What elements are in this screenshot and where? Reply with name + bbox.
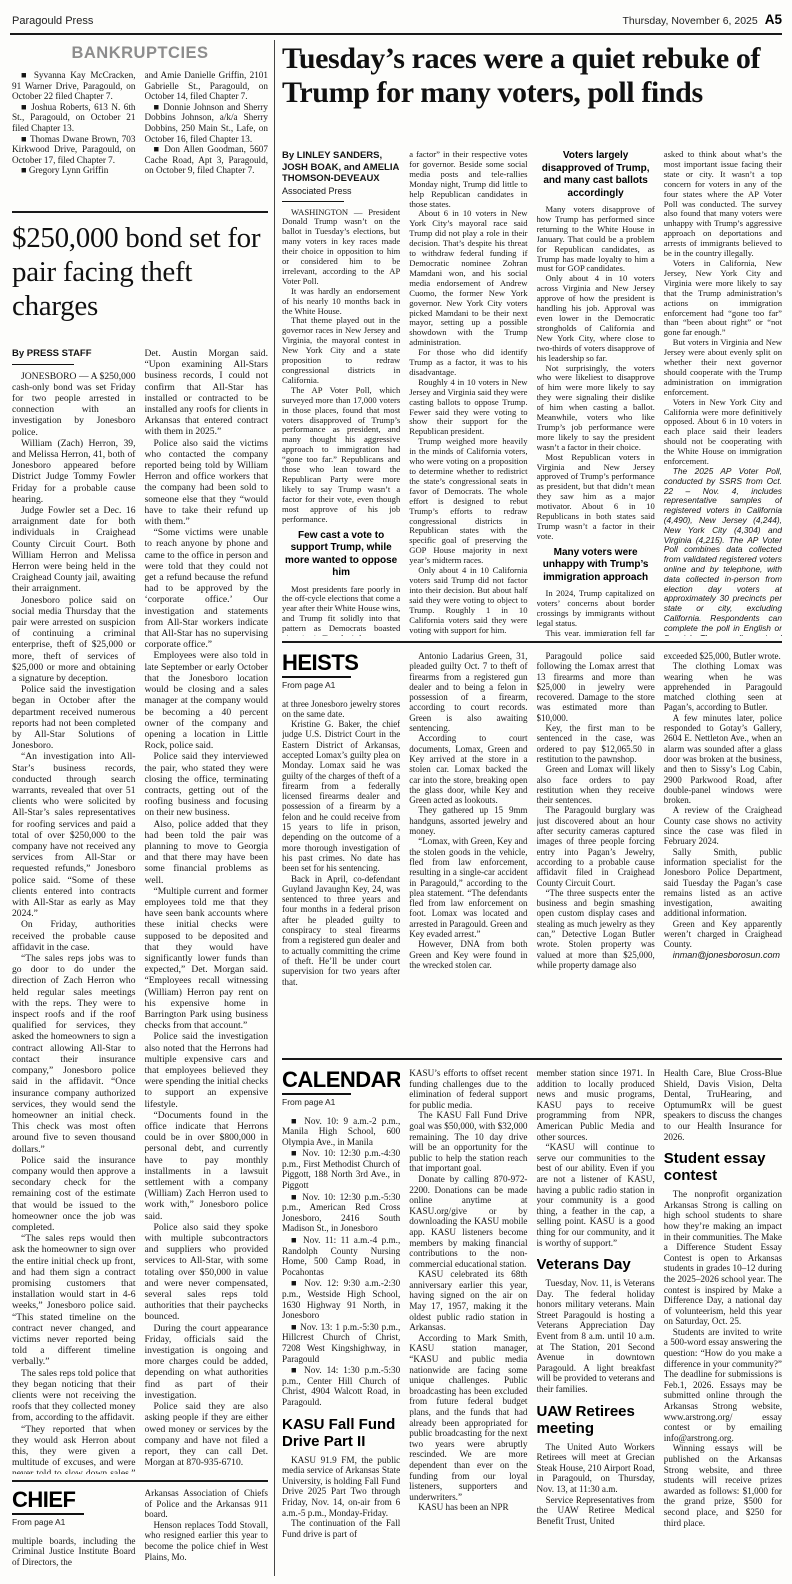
- kasu-col3-paragraphs: member station since 1971. In addition t…: [537, 1068, 655, 1248]
- paragraph: Police said they are also asking people …: [145, 1401, 269, 1468]
- paragraph: Only about 4 in 10 voters across Virgini…: [537, 274, 655, 363]
- bankruptcies-col2: and Amie Danielle Griffin, 2101 Gabriell…: [145, 70, 269, 210]
- calendar-item: ■ Nov. 10: 12:30 p.m.-4:30 p.m., First M…: [282, 1148, 400, 1190]
- paragraph: Voters in California, New Jersey, New Yo…: [664, 259, 782, 338]
- paragraph: However, DNA from both Green and Key wer…: [409, 939, 527, 970]
- calendar-item: ■ Nov. 12: 9:30 a.m.-2:30 p.m., Westside…: [282, 1278, 400, 1320]
- chief-from-page: From page A1: [12, 1517, 136, 1527]
- paragraph: “They reported that when they would ask …: [12, 1424, 136, 1474]
- paragraph: Police said the investigation began in O…: [12, 684, 136, 751]
- paragraph: A review of the Craighead County case sh…: [664, 805, 782, 846]
- main-col1b-paragraphs: Most presidents fare poorly in the off-c…: [282, 585, 400, 637]
- paragraph: Voters in New York City and California w…: [664, 398, 782, 467]
- bankruptcies-columns: ■ Syvanna Kay McCracken, 91 Warner Drive…: [12, 70, 268, 210]
- paragraph: “An investigation into All-Star’s busine…: [12, 751, 136, 919]
- heists-col2: Antonio Ladarius Green, 31, pleaded guil…: [409, 651, 527, 1055]
- paragraph: Donate by calling 870-972-2200. Donation…: [409, 1174, 527, 1269]
- main-col1: By LINLEY SANDERS, JOSH BOAK, and AMELIA…: [282, 150, 400, 636]
- paragraph: Antonio Ladarius Green, 31, pleaded guil…: [409, 651, 527, 733]
- main-col2: a factor” in their respective votes for …: [409, 150, 527, 636]
- heists-from-page: From page A1: [282, 680, 400, 690]
- bankruptcy-list-2: and Amie Danielle Griffin, 2101 Gabriell…: [145, 70, 269, 176]
- bankruptcy-item: ■ Thomas Dwane Brown, 703 Kirkwood Drive…: [12, 134, 136, 166]
- student-essay-paragraphs: The nonprofit organization Arkansas Stro…: [664, 1189, 782, 1528]
- author-email: inman@jonesborosun.com: [664, 950, 782, 960]
- main-col4: asked to think about what’s the most imp…: [664, 150, 782, 636]
- heists-col3-paragraphs: Paragould police said following the Loma…: [537, 651, 655, 970]
- bond-col2-paragraphs: Det. Austin Morgan said. “Upon examining…: [145, 348, 269, 1468]
- bankruptcies-title: BANKRUPTCIES: [12, 44, 268, 63]
- paragraph: The Paragould burglary was just discover…: [537, 805, 655, 887]
- poll-methodology: The 2025 AP Voter Poll, conducted by SSR…: [664, 467, 782, 636]
- paragraph: According to Mark Smith, KASU station ma…: [409, 1333, 527, 1503]
- paragraph: Winning essays will be published on the …: [664, 1443, 782, 1528]
- paragraph: Most Republican voters in Virginia and N…: [537, 453, 655, 542]
- paragraph: About 6 in 10 voters in New York City’s …: [409, 209, 527, 348]
- paragraph: Roughly 4 in 10 voters in New Jersey and…: [409, 378, 527, 437]
- calendar-items: ■ Nov. 10: 9 a.m.-2 p.m., Manila High Sc…: [282, 1116, 400, 1408]
- date-line: Thursday, November 6, 2025: [623, 15, 758, 27]
- paragraph: The United Auto Workers Retirees will me…: [537, 1442, 655, 1495]
- paragraph: Not surprisingly, the voters who were li…: [537, 364, 655, 453]
- main-col4-paragraphs: asked to think about what’s the most imp…: [664, 150, 782, 467]
- bankruptcy-item: ■ Don Allen Goodman, 5607 Cache Road, Ap…: [145, 144, 269, 176]
- calendar-item: ■ Nov. 14: 1:30 p.m.-5:30 p.m., Center H…: [282, 1365, 400, 1407]
- paragraph: Police said the investigation also noted…: [145, 1031, 269, 1109]
- heists-col4-paragraphs: exceeded $25,000, Butler wrote.The cloth…: [664, 651, 782, 950]
- paragraph: Health Care, Blue Cross-Blue Shield, Dav…: [664, 1068, 782, 1142]
- heists-col4: exceeded $25,000, Butler wrote.The cloth…: [664, 651, 782, 1055]
- paragraph: Service Representatives from the UAW Ret…: [537, 1495, 655, 1527]
- heists-col1: HEISTS From page A1 at three Jonesboro j…: [282, 651, 400, 1055]
- calendar-item: ■ Nov. 13: 1 p.m.-5:30 p.m., Hillcrest C…: [282, 1322, 400, 1364]
- paragraph: The nonprofit organization Arkansas Stro…: [664, 1189, 782, 1327]
- masthead: Paragould Press Thursday, November 6, 20…: [12, 12, 782, 27]
- chief-col1: CHIEF From page A1 multiple boards, incl…: [12, 1488, 136, 1578]
- paragraph: Kristine G. Baker, the chief judge U.S. …: [282, 719, 400, 873]
- paragraph: Key, the first man to be sentenced in th…: [537, 723, 655, 764]
- paragraph: Also, police added that they had been to…: [145, 819, 269, 886]
- calendar-section: CALENDAR From page A1 ■ Nov. 10: 9 a.m.-…: [282, 1068, 782, 1578]
- paragraph: KASU celebrated its 68th anniversary ear…: [409, 1269, 527, 1333]
- chief-col1-paragraphs: multiple boards, including the Criminal …: [12, 1536, 136, 1568]
- bankruptcies-col1: ■ Syvanna Kay McCracken, 91 Warner Drive…: [12, 70, 136, 210]
- paragraph: Police said they interviewed the pair, w…: [145, 751, 269, 818]
- masthead-divider: [10, 33, 782, 35]
- paragraph: According to court documents, Lomax, Gre…: [409, 733, 527, 805]
- paragraph: A few minutes later, police responded to…: [664, 713, 782, 806]
- paragraph: On Friday, authorities received the prob…: [12, 919, 136, 953]
- paragraph: William (Zach) Herron, 39, and Melissa H…: [12, 438, 136, 505]
- byline-rule: [282, 201, 344, 202]
- paragraph: “Some victims were unable to reach anyon…: [145, 527, 269, 650]
- bankruptcy-item: and Amie Danielle Griffin, 2101 Gabriell…: [145, 70, 269, 102]
- paragraph: KASU has been an NPR: [409, 1502, 527, 1513]
- paragraph: Back in April, co-defendant Guyland Java…: [282, 874, 400, 987]
- paragraph: KASU 91.9 FM, the public media service o…: [282, 1455, 400, 1519]
- section-divider: [282, 641, 782, 643]
- bond-headline-block: $250,000 bond set for pair facing theft …: [12, 221, 270, 323]
- bankruptcy-item: ■ Gregory Lynn Griffin: [12, 165, 136, 176]
- main-headline-block: Tuesday’s races were a quiet rebuke of T…: [282, 42, 784, 110]
- calendar-item: ■ Nov. 11: 11 a.m.-4 p.m., Randolph Coun…: [282, 1235, 400, 1277]
- calendar-from-page: From page A1: [282, 1097, 400, 1107]
- uaw-paragraphs: The United Auto Workers Retirees will me…: [537, 1442, 655, 1527]
- calendar-col1: CALENDAR From page A1 ■ Nov. 10: 9 a.m.-…: [282, 1068, 400, 1578]
- main-col3a-paragraphs: Many voters disapprove of how Trump has …: [537, 205, 655, 542]
- column-divider: [274, 40, 275, 1576]
- calendar-col3: member station since 1971. In addition t…: [537, 1068, 655, 1578]
- bond-col2: Det. Austin Morgan said. “Upon examining…: [145, 348, 269, 1474]
- paragraph: Paragould police said following the Loma…: [537, 651, 655, 723]
- calendar-title: CALENDAR: [282, 1068, 400, 1091]
- kasu-heading: KASU Fall Fund Drive Part II: [282, 1416, 400, 1450]
- bankruptcy-list-1: ■ Syvanna Kay McCracken, 91 Warner Drive…: [12, 70, 136, 176]
- paragraph: That theme played out in the governor ra…: [282, 316, 400, 385]
- paragraph: “The three suspects enter the business a…: [537, 888, 655, 970]
- section-divider: [12, 211, 268, 213]
- bankruptcies-section: BANKRUPTCIES ■ Syvanna Kay McCracken, 91…: [12, 44, 268, 210]
- masthead-right: Thursday, November 6, 2025A5: [623, 12, 782, 27]
- calendar-item: ■ Nov. 10: 9 a.m.-2 p.m., Manila High Sc…: [282, 1116, 400, 1148]
- heists-title-rule: [282, 676, 351, 678]
- bankruptcy-item: ■ Donnie Johnson and Sherry Dobbins John…: [145, 102, 269, 144]
- paragraph: “Documents found in the office indicate …: [145, 1110, 269, 1222]
- main-col2-paragraphs: a factor” in their respective votes for …: [409, 150, 527, 635]
- heists-title: HEISTS: [282, 651, 400, 674]
- chief-section: CHIEF From page A1 multiple boards, incl…: [12, 1488, 268, 1578]
- veterans-day-heading: Veterans Day: [537, 1256, 655, 1273]
- section-divider: [12, 1480, 268, 1482]
- paragraph: member station since 1971. In addition t…: [537, 1068, 655, 1142]
- main-col3: Voters largely disapproved of Trump, and…: [537, 150, 655, 636]
- paragraph: Det. Austin Morgan said. “Upon examining…: [145, 348, 269, 438]
- paragraph: During the court appearance Friday, offi…: [145, 1323, 269, 1401]
- paragraph: The continuation of the Fall Fund drive …: [282, 1518, 400, 1539]
- paragraph: Police said the insurance company would …: [12, 1155, 136, 1233]
- paragraph: Police also said they spoke with multipl…: [145, 1222, 269, 1323]
- main-byline: By LINLEY SANDERS, JOSH BOAK, and AMELIA…: [282, 150, 400, 185]
- paragraph: Sally Smith, public information speciali…: [664, 847, 782, 919]
- paragraph: JONESBORO — A $250,000 cash-only bond wa…: [12, 371, 136, 438]
- newspaper-page: Paragould Press Thursday, November 6, 20…: [0, 0, 792, 1584]
- heists-section: HEISTS From page A1 at three Jonesboro j…: [282, 651, 782, 1055]
- calendar-title-rule: [282, 1093, 351, 1095]
- paragraph: Green and Key apparently weren’t charged…: [664, 919, 782, 950]
- main-subhead-2: Voters largely disapproved of Trump, and…: [539, 150, 653, 200]
- main-col3b-paragraphs: In 2024, Trump capitalized on voters’ co…: [537, 589, 655, 636]
- paragraph: They gathered up 15 9mm handguns, assort…: [409, 805, 527, 836]
- kasu-col2-paragraphs: KASU’s efforts to offset recent funding …: [409, 1068, 527, 1513]
- bond-article: By PRESS STAFF JONESBORO — A $250,000 ca…: [12, 348, 268, 1474]
- paragraph: This year, immigration fell far behind e…: [537, 629, 655, 636]
- paragraph: But voters in Virginia and New Jersey we…: [664, 338, 782, 397]
- main-byline-org: Associated Press: [282, 186, 400, 197]
- calendar-col2: KASU’s efforts to offset recent funding …: [409, 1068, 527, 1578]
- bankruptcy-item: ■ Joshua Roberts, 613 N. 6th St., Parago…: [12, 102, 136, 134]
- paragraph: Employees were also told in late Septemb…: [145, 650, 269, 751]
- paragraph: KASU’s efforts to offset recent funding …: [409, 1068, 527, 1110]
- heists-col1-paragraphs: at three Jonesboro jewelry stores on the…: [282, 699, 400, 987]
- paragraph: “KASU will continue to serve our communi…: [537, 1142, 655, 1248]
- paragraph: Trump weighed more heavily in the minds …: [409, 437, 527, 566]
- paragraph: Most presidents fare poorly in the off-c…: [282, 585, 400, 637]
- paragraph: at three Jonesboro jewelry stores on the…: [282, 699, 400, 720]
- paragraph: “The sales reps jobs was to go door to d…: [12, 953, 136, 1155]
- paragraph: exceeded $25,000, Butler wrote.: [664, 651, 782, 661]
- bond-headline: $250,000 bond set for pair facing theft …: [12, 221, 270, 323]
- paragraph: The KASU Fall Fund Drive goal was $50,00…: [409, 1110, 527, 1174]
- paragraph: It was hardly an endorsement of his near…: [282, 287, 400, 317]
- main-article: By LINLEY SANDERS, JOSH BOAK, and AMELIA…: [282, 150, 782, 636]
- paragraph: Students are invited to write a 500-word…: [664, 1327, 782, 1444]
- byline-rule: [12, 364, 74, 365]
- paragraph: In 2024, Trump capitalized on voters’ co…: [537, 589, 655, 629]
- paragraph: multiple boards, including the Criminal …: [12, 1536, 136, 1568]
- paragraph: “Lomax, with Green, Key and the stolen g…: [409, 836, 527, 939]
- chief-col2-paragraphs: Arkansas Association of Chiefs of Police…: [145, 1488, 269, 1562]
- calendar-item: ■ Nov. 10: 12:30 p.m.-5:30 p.m., America…: [282, 1192, 400, 1234]
- paragraph: Green and Lomax will likely also face or…: [537, 764, 655, 805]
- paragraph: Police also said the victims who contact…: [145, 438, 269, 528]
- uaw-col4-paragraphs: Health Care, Blue Cross-Blue Shield, Dav…: [664, 1068, 782, 1142]
- paragraph: Jonesboro police said on social media Th…: [12, 595, 136, 685]
- paragraph: “Multiple current and former employees t…: [145, 886, 269, 1032]
- paragraph: “The sales reps would then ask the homeo…: [12, 1233, 136, 1367]
- chief-title: CHIEF: [12, 1488, 136, 1511]
- chief-col2: Arkansas Association of Chiefs of Police…: [145, 1488, 269, 1578]
- uaw-heading: UAW Retirees meeting: [537, 1403, 655, 1437]
- paragraph: The sales reps told police that they beg…: [12, 1368, 136, 1424]
- paragraph: The AP Voter Poll, which surveyed more t…: [282, 386, 400, 525]
- bond-col1-paragraphs: JONESBORO — A $250,000 cash-only bond wa…: [12, 371, 136, 1475]
- main-subhead-1: Few cast a vote to support Trump, while …: [284, 530, 398, 580]
- paragraph: Henson replaces Todd Stovall, who resign…: [145, 1520, 269, 1562]
- bankruptcy-item: ■ Syvanna Kay McCracken, 91 Warner Drive…: [12, 70, 136, 102]
- section-divider: [282, 1058, 782, 1060]
- main-subhead-3: Many voters were unhappy with Trump’s im…: [539, 547, 653, 585]
- kasu-col1-paragraphs: KASU 91.9 FM, the public media service o…: [282, 1455, 400, 1540]
- heists-col3: Paragould police said following the Loma…: [537, 651, 655, 1055]
- calendar-col4: Health Care, Blue Cross-Blue Shield, Dav…: [664, 1068, 782, 1578]
- heists-col2-paragraphs: Antonio Ladarius Green, 31, pleaded guil…: [409, 651, 527, 970]
- paragraph: WASHINGTON — President Donald Trump wasn…: [282, 208, 400, 287]
- paragraph: asked to think about what’s the most imp…: [664, 150, 782, 259]
- paragraph: The clothing Lomax was wearing when he w…: [664, 661, 782, 712]
- paragraph: For those who did identify Trump as a fa…: [409, 348, 527, 378]
- main-col1a-paragraphs: WASHINGTON — President Donald Trump wasn…: [282, 208, 400, 525]
- paragraph: a factor” in their respective votes for …: [409, 150, 527, 209]
- main-headline: Tuesday’s races were a quiet rebuke of T…: [282, 42, 784, 110]
- paragraph: Only about 4 in 10 California voters sai…: [409, 566, 527, 635]
- student-essay-heading: Student essay contest: [664, 1150, 782, 1184]
- paragraph: Tuesday, Nov. 11, is Veterans Day. The f…: [537, 1278, 655, 1395]
- page-number: A5: [765, 12, 782, 27]
- veterans-paragraphs: Tuesday, Nov. 11, is Veterans Day. The f…: [537, 1278, 655, 1395]
- chief-title-rule: [12, 1513, 84, 1515]
- paragraph: Many voters disapprove of how Trump has …: [537, 205, 655, 274]
- paragraph: Arkansas Association of Chiefs of Police…: [145, 1488, 269, 1520]
- paper-name: Paragould Press: [12, 15, 93, 27]
- bond-byline: By PRESS STAFF: [12, 348, 136, 360]
- bond-col1: By PRESS STAFF JONESBORO — A $250,000 ca…: [12, 348, 136, 1474]
- paragraph: Judge Fowler set a Dec. 16 arraignment d…: [12, 505, 136, 595]
